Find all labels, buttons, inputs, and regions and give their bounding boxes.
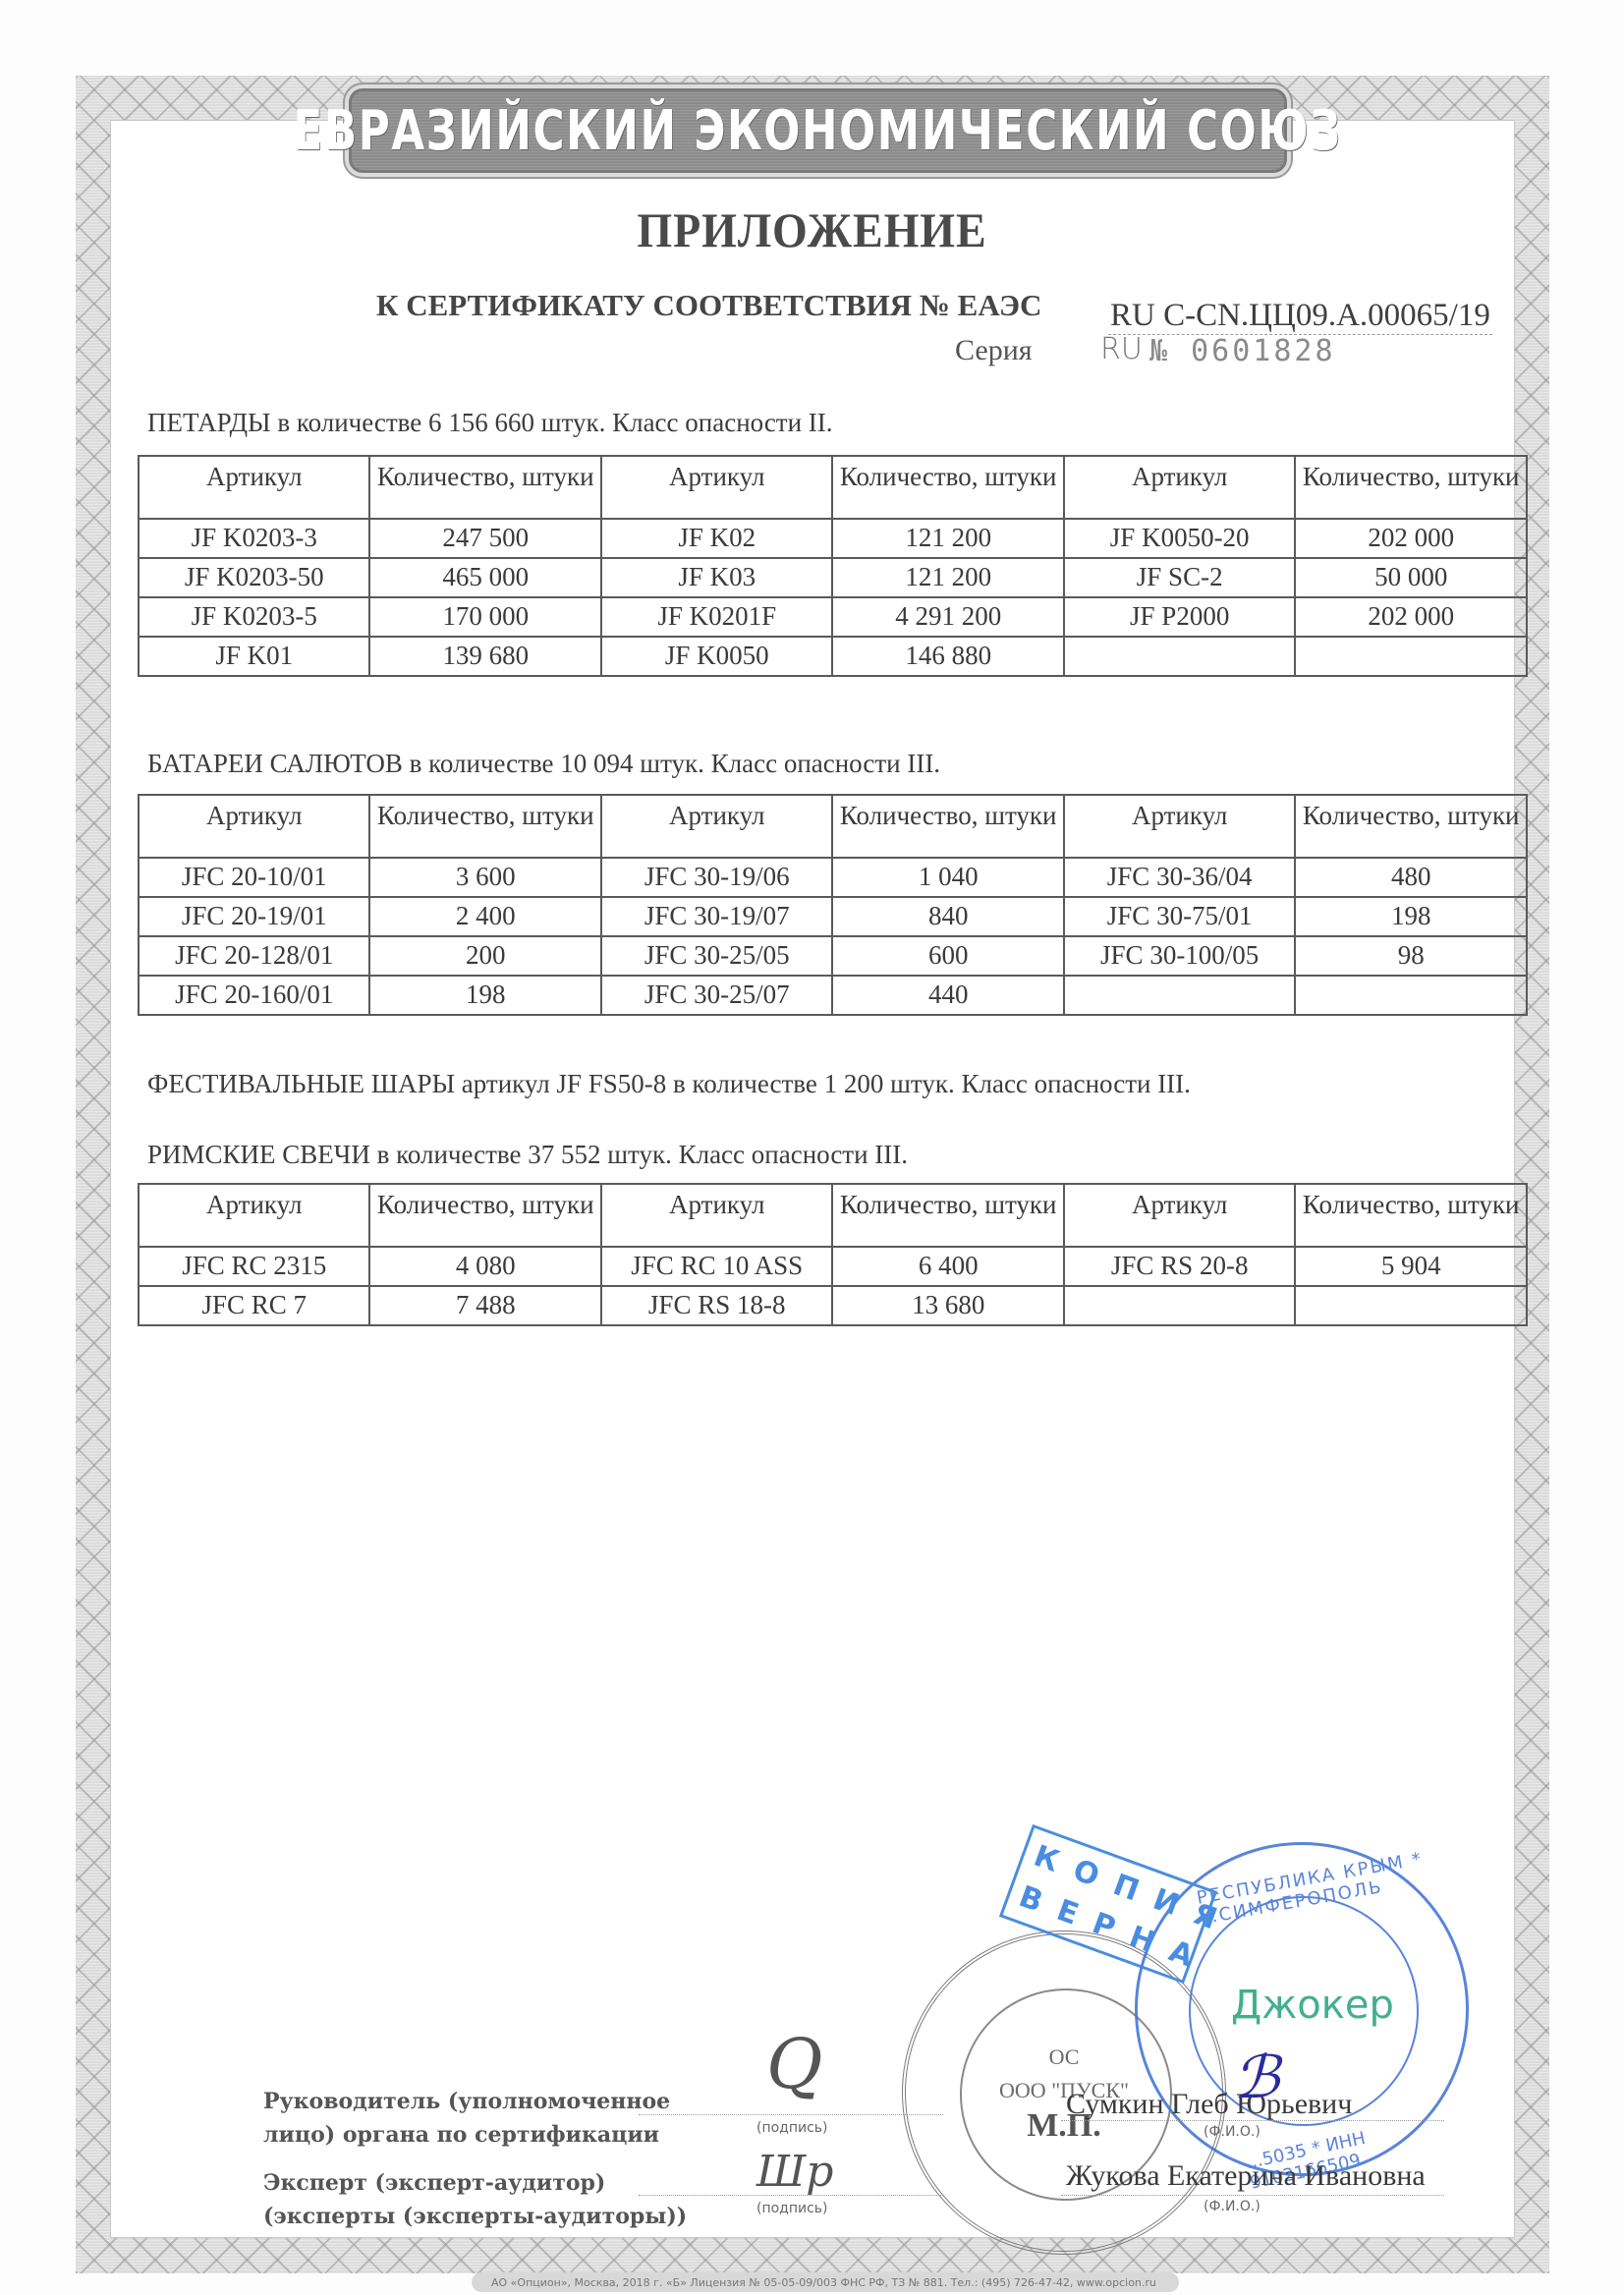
- expert-name-line: [1061, 2195, 1444, 2196]
- cell-quantity: 480: [1295, 858, 1527, 897]
- table-row: JFC 20-160/01198JFC 30-25/07440: [139, 976, 1527, 1015]
- cell-quantity: 440: [832, 976, 1063, 1015]
- cell-article: JFC RC 2315: [139, 1247, 369, 1286]
- cell-quantity: 146 880: [832, 637, 1063, 676]
- table-header-row: АртикулКоличество, штукиАртикулКоличеств…: [139, 795, 1527, 858]
- expert-signature: Шр: [756, 2147, 833, 2197]
- cell-quantity: 7 488: [369, 1286, 600, 1325]
- table-row: JF K0203-50465 000JF K03121 200JF SC-250…: [139, 558, 1527, 597]
- cell-article: JF K01: [139, 637, 369, 676]
- table-svechi: АртикулКоличество, штукиАртикулКоличеств…: [138, 1183, 1528, 1326]
- table-row: JF K0203-5170 000JF K0201F4 291 200JF P2…: [139, 597, 1527, 637]
- cell-article: JFC 30-25/07: [601, 976, 832, 1015]
- section-heading-petardy: ПЕТАРДЫ в количестве 6 156 660 штук. Кла…: [147, 408, 833, 438]
- cell-quantity: 600: [832, 936, 1063, 976]
- column-header-quantity: Количество, штуки: [1295, 456, 1527, 519]
- cell-article: JFC RS 20-8: [1064, 1247, 1295, 1286]
- expert-label: Эксперт (эксперт-аудитор) (эксперты (экс…: [263, 2166, 687, 2233]
- cell-article: JF K02: [601, 519, 832, 558]
- cell-article: JF K0203-50: [139, 558, 369, 597]
- cell-article: JFC RS 18-8: [601, 1286, 832, 1325]
- table-header-row: АртикулКоличество, штукиАртикулКоличеств…: [139, 456, 1527, 519]
- head-name-caption: (Ф.И.О.): [1204, 2124, 1260, 2140]
- column-header-article: Артикул: [601, 795, 832, 858]
- blank-number: № 0601828: [1149, 334, 1336, 368]
- table-row: JF K01139 680JF K0050146 880: [139, 637, 1527, 676]
- cell-quantity: 840: [832, 897, 1063, 936]
- column-header-quantity: Количество, штуки: [369, 795, 600, 858]
- cell-article: JFC 20-160/01: [139, 976, 369, 1015]
- series-value: RU: [1100, 332, 1143, 366]
- expert-name-caption: (Ф.И.О.): [1204, 2199, 1260, 2214]
- cell-article: JF K0050-20: [1064, 519, 1295, 558]
- cell-quantity: [1295, 637, 1527, 676]
- table-row: JFC 20-128/01200JFC 30-25/05600JFC 30-10…: [139, 936, 1527, 976]
- cell-quantity: 139 680: [369, 637, 600, 676]
- column-header-quantity: Количество, штуки: [832, 795, 1063, 858]
- subtitle: К СЕРТИФИКАТУ СООТВЕТСТВИЯ № ЕАЭС: [376, 288, 1041, 323]
- column-header-quantity: Количество, штуки: [369, 1184, 600, 1247]
- expert-name: Жукова Екатерина Ивановна: [1066, 2159, 1426, 2193]
- banner: ЕВРАЗИЙСКИЙ ЭКОНОМИЧЕСКИЙ СОЮЗ: [349, 88, 1287, 173]
- cell-article: JFC 30-36/04: [1064, 858, 1295, 897]
- cell-article: JFC 30-19/07: [601, 897, 832, 936]
- printer-footer: АО «Опцион», Москва, 2018 г. «Б» Лицензи…: [472, 2272, 1179, 2292]
- series-label: Серия: [955, 334, 1033, 367]
- certificate-page: ЕВРАЗИЙСКИЙ ЭКОНОМИЧЕСКИЙ СОЮЗ ПРИЛОЖЕНИ…: [0, 0, 1624, 2295]
- table-header-row: АртикулКоличество, штукиАртикулКоличеств…: [139, 1184, 1527, 1247]
- director-signature: ℬ: [1233, 2043, 1279, 2112]
- cell-quantity: 4 291 200: [832, 597, 1063, 637]
- column-header-article: Артикул: [1064, 456, 1295, 519]
- table-row: JF K0203-3247 500JF K02121 200JF K0050-2…: [139, 519, 1527, 558]
- table-row: JFC 20-19/012 400JFC 30-19/07840JFC 30-7…: [139, 897, 1527, 936]
- cell-article: [1064, 1286, 1295, 1325]
- cell-quantity: [1295, 976, 1527, 1015]
- column-header-article: Артикул: [139, 1184, 369, 1247]
- head-signature: Q: [766, 2024, 822, 2104]
- cell-article: JFC 20-128/01: [139, 936, 369, 976]
- cell-quantity: 50 000: [1295, 558, 1527, 597]
- column-header-article: Артикул: [139, 456, 369, 519]
- cell-article: JFC RC 10 ASS: [601, 1247, 832, 1286]
- section-heading-batarei: БАТАРЕИ САЛЮТОВ в количестве 10 094 штук…: [147, 749, 940, 779]
- cell-article: JF K0203-3: [139, 519, 369, 558]
- seal-ring-top: РЕСПУБЛИКА КРЫМ * г.СИМФЕРОПОЛЬ: [1195, 1842, 1467, 1930]
- page-title: ПРИЛОЖЕНИЕ: [65, 201, 1559, 258]
- column-header-article: Артикул: [139, 795, 369, 858]
- cell-article: JF K0203-5: [139, 597, 369, 637]
- table-row: JFC 20-10/013 600JFC 30-19/061 040JFC 30…: [139, 858, 1527, 897]
- cell-article: JFC 20-19/01: [139, 897, 369, 936]
- cell-article: JF SC-2: [1064, 558, 1295, 597]
- cell-quantity: 202 000: [1295, 597, 1527, 637]
- cell-article: JF K0201F: [601, 597, 832, 637]
- head-name-line: [1061, 2120, 1444, 2121]
- expert-signature-caption: (подпись): [756, 2201, 828, 2216]
- cell-quantity: 3 600: [369, 858, 600, 897]
- table-row: JFC RC 77 488JFC RS 18-813 680: [139, 1286, 1527, 1325]
- cell-article: [1064, 637, 1295, 676]
- cell-quantity: 5 904: [1295, 1247, 1527, 1286]
- table-batarei: АртикулКоличество, штукиАртикулКоличеств…: [138, 794, 1528, 1016]
- section-heading-shary: ФЕСТИВАЛЬНЫЕ ШАРЫ артикул JF FS50-8 в ко…: [147, 1069, 1191, 1099]
- column-header-quantity: Количество, штуки: [1295, 1184, 1527, 1247]
- cell-quantity: 170 000: [369, 597, 600, 637]
- cell-article: JFC 30-19/06: [601, 858, 832, 897]
- section-heading-svechi: РИМСКИЕ СВЕЧИ в количестве 37 552 штук. …: [147, 1140, 908, 1170]
- cell-quantity: 202 000: [1295, 519, 1527, 558]
- cell-quantity: 13 680: [832, 1286, 1063, 1325]
- cell-quantity: 200: [369, 936, 600, 976]
- cell-quantity: 465 000: [369, 558, 600, 597]
- head-name: Сумкин Глеб Юрьевич: [1066, 2088, 1352, 2121]
- cell-quantity: 198: [1295, 897, 1527, 936]
- cell-quantity: 121 200: [832, 558, 1063, 597]
- cell-quantity: 2 400: [369, 897, 600, 936]
- column-header-article: Артикул: [601, 1184, 832, 1247]
- company-logo: Джокер: [1231, 1983, 1394, 2028]
- cell-quantity: 1 040: [832, 858, 1063, 897]
- cell-article: JF K0050: [601, 637, 832, 676]
- column-header-quantity: Количество, штуки: [832, 1184, 1063, 1247]
- cell-quantity: 198: [369, 976, 600, 1015]
- table-row: JFC RC 23154 080JFC RC 10 ASS6 400JFC RS…: [139, 1247, 1527, 1286]
- cell-article: JFC 30-100/05: [1064, 936, 1295, 976]
- cell-quantity: [1295, 1286, 1527, 1325]
- head-signature-caption: (подпись): [756, 2120, 828, 2136]
- cell-quantity: 6 400: [832, 1247, 1063, 1286]
- seal-line-os: ОС: [1049, 2041, 1080, 2074]
- cell-quantity: 4 080: [369, 1247, 600, 1286]
- column-header-quantity: Количество, штуки: [1295, 795, 1527, 858]
- table-petardy: АртикулКоличество, штукиАртикулКоличеств…: [138, 455, 1528, 677]
- certificate-number: RU C-CN.ЦЦ09.А.00065/19: [1108, 298, 1492, 335]
- cell-quantity: 247 500: [369, 519, 600, 558]
- cell-article: JFC 20-10/01: [139, 858, 369, 897]
- column-header-article: Артикул: [601, 456, 832, 519]
- cell-article: JF K03: [601, 558, 832, 597]
- cell-article: JFC 30-75/01: [1064, 897, 1295, 936]
- column-header-article: Артикул: [1064, 795, 1295, 858]
- column-header-article: Артикул: [1064, 1184, 1295, 1247]
- cell-article: [1064, 976, 1295, 1015]
- column-header-quantity: Количество, штуки: [369, 456, 600, 519]
- column-header-quantity: Количество, штуки: [832, 456, 1063, 519]
- cell-article: JF P2000: [1064, 597, 1295, 637]
- cell-article: JFC 30-25/05: [601, 936, 832, 976]
- head-label: Руководитель (уполномоченное лицо) орган…: [263, 2085, 670, 2152]
- cell-article: JFC RC 7: [139, 1286, 369, 1325]
- head-signature-line: [639, 2114, 943, 2115]
- cell-quantity: 121 200: [832, 519, 1063, 558]
- cell-quantity: 98: [1295, 936, 1527, 976]
- banner-text: ЕВРАЗИЙСКИЙ ЭКОНОМИЧЕСКИЙ СОЮЗ: [294, 99, 1342, 163]
